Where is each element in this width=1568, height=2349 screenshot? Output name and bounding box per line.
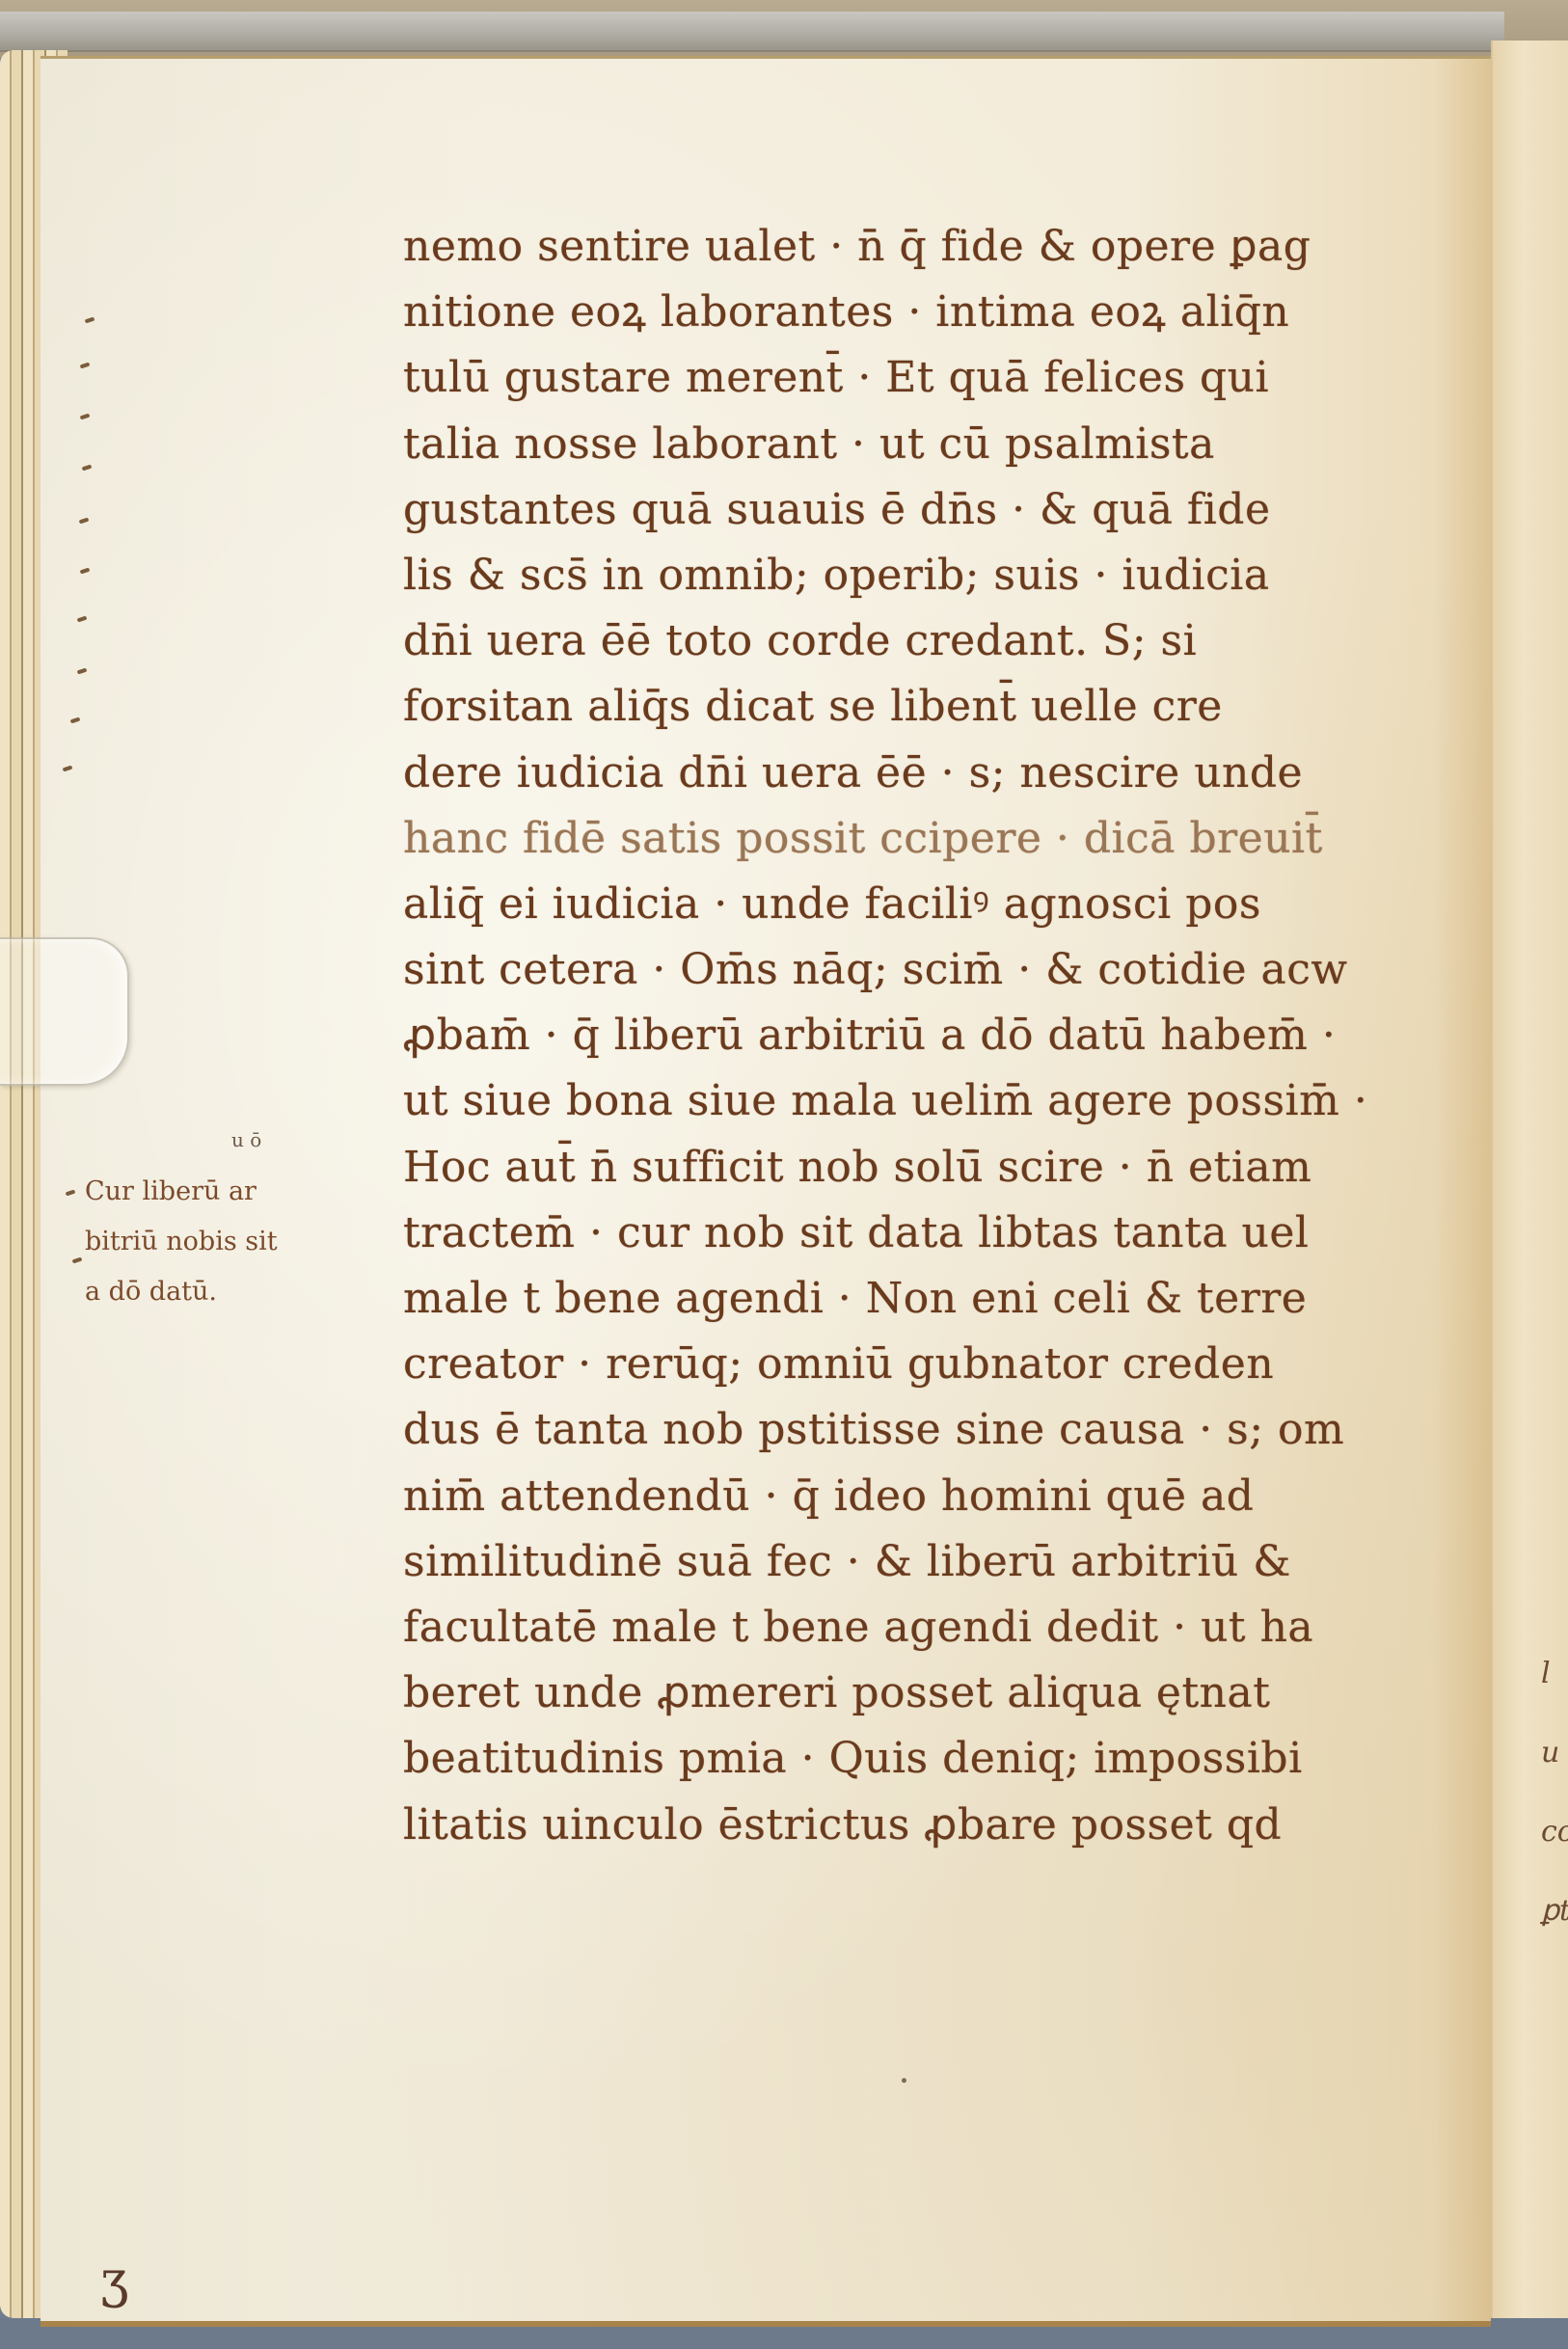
ink-speck bbox=[902, 2078, 906, 2083]
text-line: beatitudinis pmia · Quis deniq; impossib… bbox=[403, 1726, 1464, 1792]
binding-strip bbox=[0, 12, 1504, 52]
plastic-page-clip bbox=[0, 937, 129, 1086]
text-line: similitudinē suā fec · & liberū arbitriū… bbox=[403, 1529, 1464, 1595]
facing-page-fragment: ꝑta bbox=[1541, 1872, 1568, 1951]
text-line: forsitan aliq̄s dicat se libent̄ uelle c… bbox=[403, 674, 1464, 740]
facing-page-fragment: u bbox=[1541, 1714, 1568, 1793]
text-line: hanc fidē satis possit ccipere · dicā br… bbox=[403, 806, 1464, 872]
text-line: talia nosse laborant · ut cū psalmista bbox=[403, 412, 1464, 477]
text-line: tulū gustare merent̄ · Et quā felices qu… bbox=[403, 345, 1464, 411]
text-line: ꝓbam̄ · q̄ liberū arbitriū a dō datū hab… bbox=[403, 1003, 1464, 1068]
facing-page-fragment: con bbox=[1541, 1793, 1568, 1872]
text-line: nemo sentire ualet · n̄ q̄ fide & opere … bbox=[403, 214, 1464, 280]
text-line: facultatē male t bene agendi dedit · ut … bbox=[403, 1595, 1464, 1660]
quire-mark: ʒ bbox=[100, 2247, 139, 2314]
gloss-line: a dō datū. bbox=[85, 1267, 326, 1317]
text-line: litatis uinculo ēstrictus ꝓbare posset q… bbox=[403, 1793, 1464, 1858]
text-line: lis & scs̄ in omnib; operib; suis · iudi… bbox=[403, 543, 1464, 608]
text-line: dus ē tanta nob pstitisse sine causa · s… bbox=[403, 1397, 1464, 1463]
text-line: nitione eoꝝ laborantes · intima eoꝝ aliq… bbox=[403, 280, 1464, 345]
text-line: ut siue bona siue mala uelim̄ agere poss… bbox=[403, 1068, 1464, 1134]
text-line: nim̄ attendendū · q̄ ideo homini quē ad bbox=[403, 1464, 1464, 1529]
text-line: creator · rerūq; omniū gubnator creden bbox=[403, 1332, 1464, 1397]
gloss-line: Cur liberū ar bbox=[85, 1167, 326, 1217]
text-line: beret unde ꝓmereri posset aliqua ętnat bbox=[403, 1660, 1464, 1726]
text-line: tractem̄ · cur nob sit data libtas tanta… bbox=[403, 1201, 1464, 1266]
text-line: Hoc aut̄ n̄ sufficit nob solū̄ scire · n… bbox=[403, 1135, 1464, 1201]
facing-page-text: l u con ꝑta bbox=[1541, 1634, 1568, 1951]
facing-page-edge bbox=[1491, 40, 1568, 2318]
gloss-superscript: u ō bbox=[231, 1128, 261, 1151]
text-line: sint cetera · Om̄s nāq; scim̄ · & cotidi… bbox=[403, 937, 1464, 1003]
facing-page-fragment: l bbox=[1541, 1634, 1568, 1714]
gloss-line: bitriū nobis sit bbox=[85, 1217, 326, 1267]
main-text-block: nemo sentire ualet · n̄ q̄ fide & opere … bbox=[403, 214, 1464, 1858]
text-line: dn̄i uera ēē toto corde credant. S; si bbox=[403, 608, 1464, 674]
text-line: dere iudicia dn̄i uera ēē · s; nescire u… bbox=[403, 741, 1464, 806]
marginal-gloss: Cur liberū ar bitriū nobis sit a dō datū… bbox=[85, 1167, 326, 1317]
text-line: male t bene agendi · Non eni celi & terr… bbox=[403, 1266, 1464, 1332]
text-line: gustantes quā suauis ē dn̄s · & quā fide bbox=[403, 477, 1464, 543]
text-line: aliq̄ ei iudicia · unde faciliꝰ agnosci … bbox=[403, 872, 1464, 937]
